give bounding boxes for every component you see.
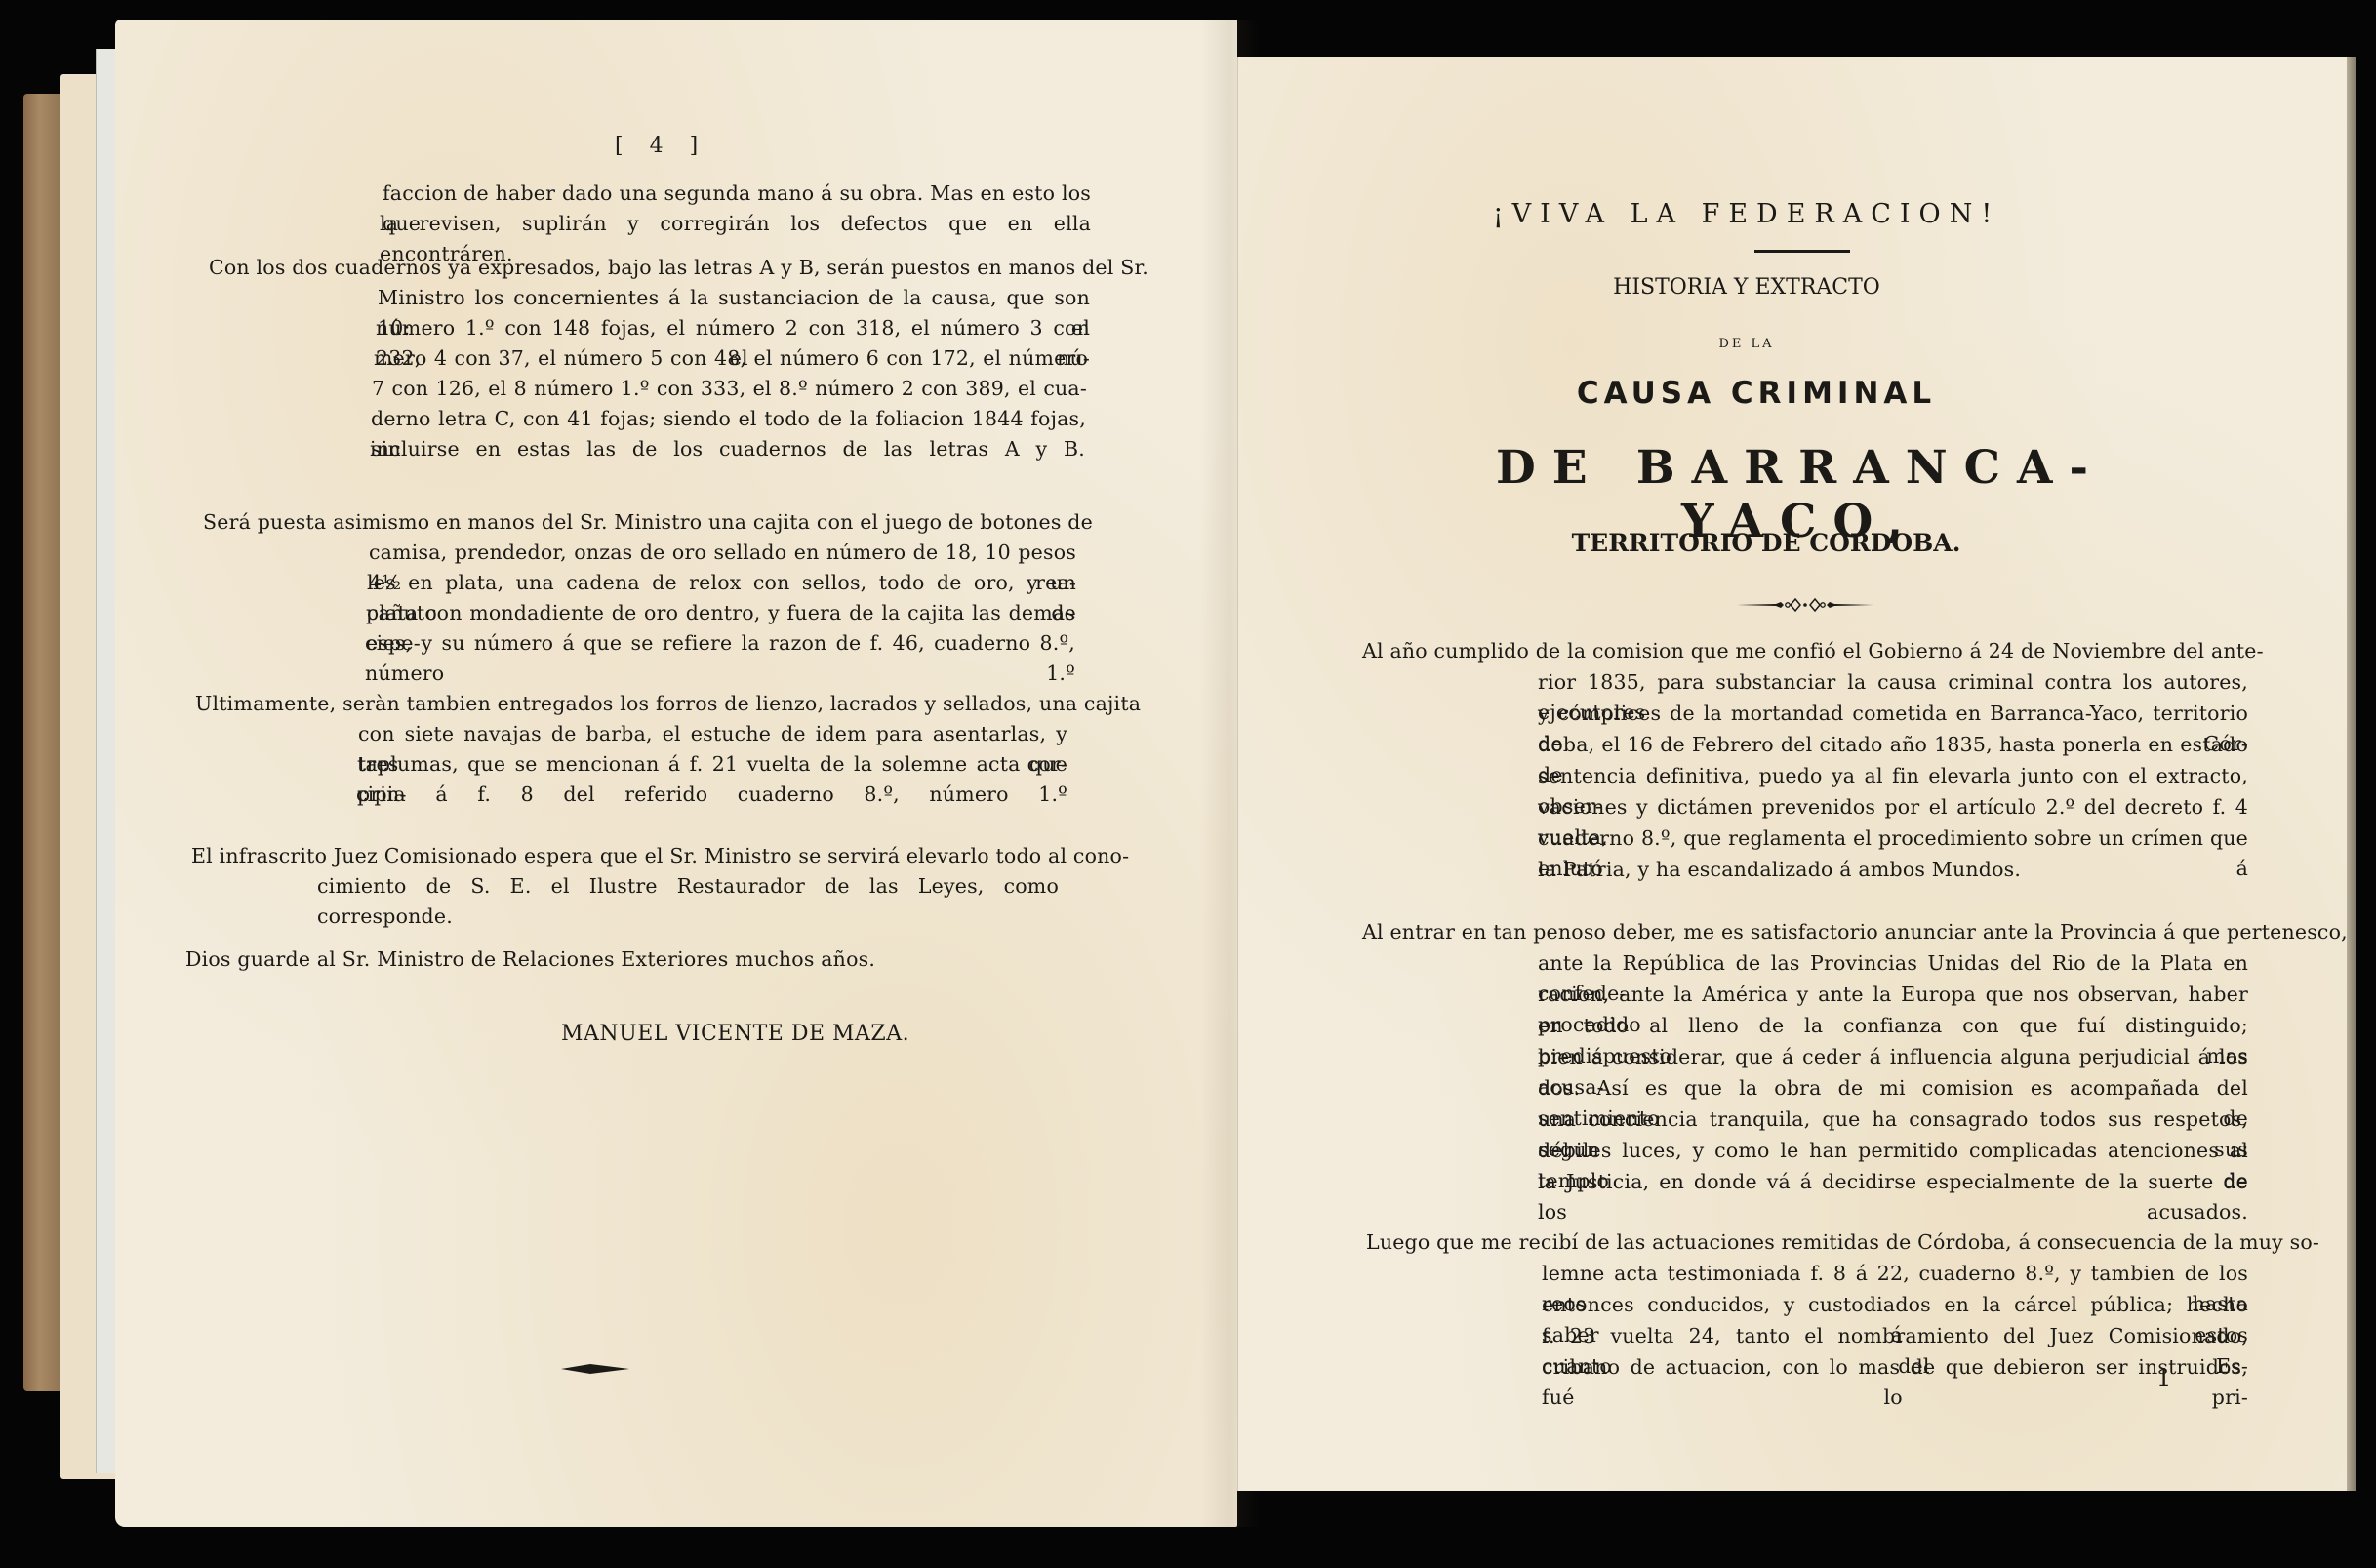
connector: DE LA <box>1649 337 1844 351</box>
text-line: cribano de actuacion, con lo mas de que … <box>1542 1352 2248 1413</box>
rule <box>1754 250 1850 253</box>
paragraph-first-line: El infrascrito Juez Comisionado espera q… <box>191 841 1129 871</box>
text-line: la Justicia, en donde vá á decidirse esp… <box>1538 1167 2248 1227</box>
page-number: [ 4 ] <box>615 134 707 158</box>
title-line-3: TERRITORIO DE CORDOBA. <box>1522 529 2010 557</box>
subtitle: HISTORIA Y EXTRACTO <box>1551 275 1942 300</box>
text-line: cies, y su número á que se refiere la ra… <box>365 628 1075 689</box>
text-line: cimiento de S. E. el Ilustre Restaurador… <box>317 871 1059 932</box>
title-line-1: CAUSA CRIMINAL <box>1512 376 2000 411</box>
signature: MANUEL VICENTE DE MAZA. <box>561 1022 909 1046</box>
text-line: 7 con 126, el 8 número 1.º con 333, el 8… <box>372 374 1087 404</box>
page-edge <box>2347 57 2356 1491</box>
text-line: la Patria, y ha escandalizado á ambos Mu… <box>1538 855 2021 885</box>
text-line: cipia á f. 8 del referido cuaderno 8.º, … <box>356 780 1067 810</box>
paragraph-first-line: Será puesta asimismo en manos del Sr. Mi… <box>203 507 1093 538</box>
book-spine-edge <box>23 94 64 1391</box>
signature-mark: 1 <box>2156 1364 2171 1391</box>
closing-line: Dios guarde al Sr. Ministro de Relacione… <box>185 945 875 975</box>
text-line: mero 4 con 37, el número 5 con 48, el nú… <box>374 343 1088 374</box>
text-line: incluirse en estas las de los cuadernos … <box>370 434 1085 464</box>
tail-ornament <box>561 1362 629 1376</box>
paragraph-first-line: Con los dos cuadernos ya expresados, baj… <box>209 253 1148 283</box>
paragraph-first-line: Ultimamente, seràn tambien entregados lo… <box>195 689 1141 719</box>
paragraph-first-line: Luego que me recibí de las actuaciones r… <box>1366 1227 2319 1258</box>
headline: ¡VIVA LA FEDERACION! <box>1454 199 2039 229</box>
paragraph-first-line: Al año cumplido de la comision que me co… <box>1362 636 2264 666</box>
decorative-rule-icon <box>1737 597 1873 613</box>
paragraph-first-line: Al entrar en tan penoso deber, me es sat… <box>1362 917 2348 947</box>
